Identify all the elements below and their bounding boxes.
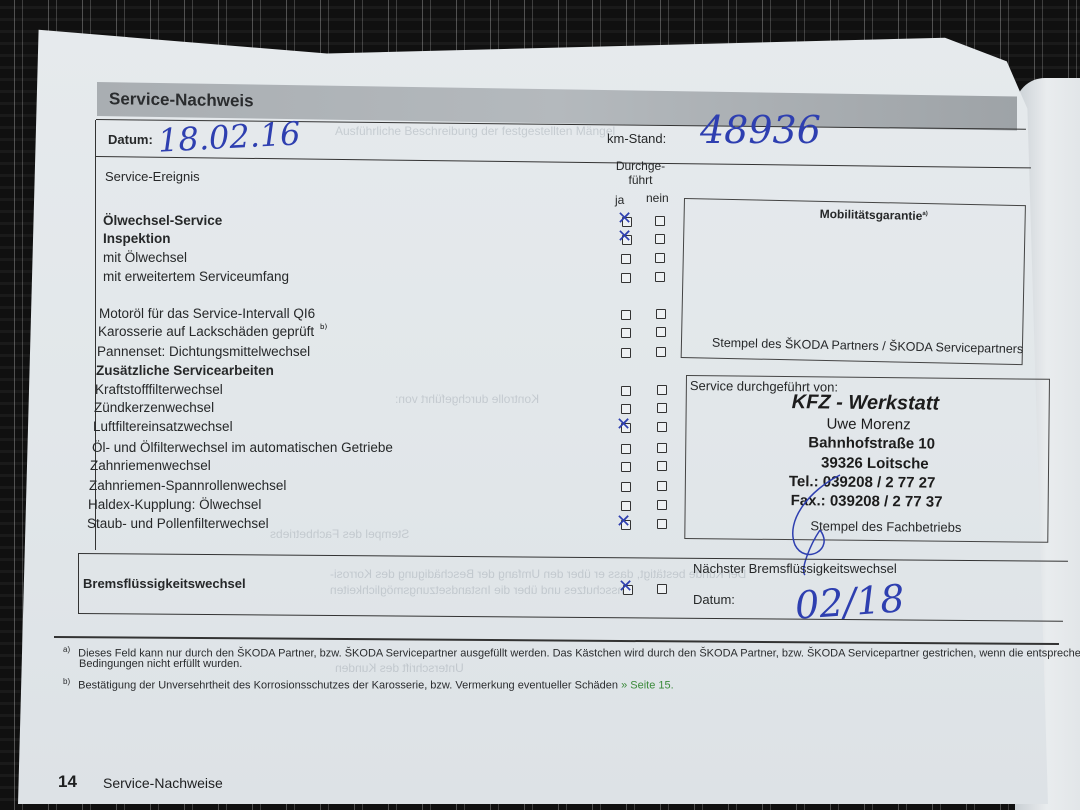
brake-fluid-yes-checkbox[interactable]	[623, 585, 633, 595]
date-label: Datum:	[108, 132, 153, 147]
km-label: km-Stand:	[607, 131, 666, 146]
no-checkbox[interactable]	[657, 422, 667, 432]
frame-left-border	[78, 553, 79, 613]
yes-checkbox[interactable]	[621, 482, 631, 492]
show-through-text: Der Kunde bestätigt, dass er über den Um…	[330, 567, 746, 581]
service-item-label: Zahnriemen-Spannrollenwechsel	[89, 478, 286, 493]
service-item-label: Zündkerzenwechsel	[94, 400, 214, 415]
no-checkbox[interactable]	[657, 403, 667, 413]
service-item-label: Haldex-Kupplung: Ölwechsel	[88, 497, 261, 512]
yes-checkbox[interactable]	[621, 423, 631, 433]
next-brake-fluid-label: Nächster Bremsflüssigkeitswechsel	[693, 561, 897, 576]
yes-checkbox[interactable]	[621, 520, 631, 530]
show-through-text: Stempel des Fachbetriebs	[270, 527, 409, 541]
page-reference-link[interactable]: » Seite 15.	[621, 680, 674, 692]
no-checkbox[interactable]	[656, 309, 666, 319]
no-checkbox[interactable]	[657, 481, 667, 491]
footnote-marker: b)	[63, 677, 70, 686]
yes-checkbox[interactable]	[621, 386, 631, 396]
yes-checkbox[interactable]	[621, 404, 631, 414]
mobility-title: Mobilitätsgarantiea)	[820, 207, 928, 223]
yes-checkbox[interactable]	[621, 462, 631, 472]
yes-checkbox[interactable]	[621, 273, 631, 283]
no-checkbox[interactable]	[655, 216, 665, 226]
yes-column-label: ja	[615, 193, 624, 207]
service-item-label: Motoröl für das Service-Intervall QI6	[99, 306, 315, 321]
brake-fluid-no-checkbox[interactable]	[657, 584, 667, 594]
yes-checkbox[interactable]	[621, 348, 631, 358]
show-through-text: Ausführliche Beschreibung der festgestel…	[335, 124, 615, 138]
service-item-label: mit erweitertem Serviceumfang	[103, 269, 289, 284]
no-checkbox[interactable]	[656, 327, 666, 337]
no-checkbox[interactable]	[655, 253, 665, 263]
section-heading: Zusätzliche Servicearbeiten	[96, 363, 274, 378]
performed-header-line1: Durchge-	[613, 159, 668, 173]
section-title: Service-Nachweis	[109, 89, 254, 111]
footnote-marker: a)	[63, 645, 70, 654]
yes-checkbox[interactable]	[622, 235, 632, 245]
mobility-title-text: Mobilitätsgarantie	[820, 207, 923, 223]
yes-checkbox[interactable]	[621, 310, 631, 320]
no-checkbox[interactable]	[657, 500, 667, 510]
service-date-field[interactable]: 18.02.16	[157, 114, 301, 159]
footnote-b-text: Bestätigung der Unversehrtheit des Korro…	[78, 680, 618, 692]
service-item-label: Zahnriemenwechsel	[90, 458, 211, 473]
footnote-ref: a)	[922, 211, 927, 217]
show-through-text: Unterschrift des Kunden	[335, 661, 464, 675]
service-item-label: Karosserie auf Lackschäden geprüft	[98, 324, 314, 339]
footnote-a-continued: Bedingungen nicht erfüllt wurden.	[79, 658, 242, 670]
stamp-line: Bahnhofstraße 10	[808, 434, 935, 452]
service-item-label: Ölwechsel-Service	[103, 213, 222, 228]
service-item-label: mit Ölwechsel	[103, 250, 187, 265]
yes-checkbox[interactable]	[621, 328, 631, 338]
no-checkbox[interactable]	[657, 385, 667, 395]
yes-checkbox[interactable]	[621, 501, 631, 511]
no-checkbox[interactable]	[657, 519, 667, 529]
yes-checkbox[interactable]	[621, 254, 631, 264]
footnote-b: b)Bestätigung der Unversehrtheit des Kor…	[63, 677, 674, 692]
performed-header: Durchge- führt	[613, 159, 668, 187]
no-checkbox[interactable]	[657, 461, 667, 471]
stamp-line: KFZ - Werkstatt	[792, 391, 940, 416]
mobility-stamp-caption: Stempel des ŠKODA Partners / ŠKODA Servi…	[712, 336, 1023, 357]
service-item-label: Öl- und Ölfilterwechsel im automatischen…	[92, 440, 393, 455]
event-header: Service-Ereignis	[105, 169, 200, 184]
service-item-label: Kraftstofffilterwechsel	[95, 382, 223, 397]
footnote-ref: b)	[320, 323, 327, 331]
brake-fluid-label: Bremsflüssigkeitswechsel	[83, 576, 246, 591]
no-checkbox[interactable]	[656, 347, 666, 357]
no-checkbox[interactable]	[655, 272, 665, 282]
service-item-label: Staub- und Pollenfilterwechsel	[87, 516, 269, 531]
no-checkbox[interactable]	[655, 234, 665, 244]
show-through-text: Kontrolle durchgeführt von:	[395, 392, 539, 406]
service-item-label: Luftfiltereinsatzwechsel	[93, 419, 233, 434]
stamp-line: Uwe Morenz	[826, 415, 910, 433]
service-item-label: Inspektion	[103, 231, 171, 246]
mobility-guarantee-box: Mobilitätsgarantiea) Stempel des ŠKODA P…	[681, 198, 1026, 365]
yes-checkbox[interactable]	[621, 444, 631, 454]
page-number: 14	[58, 772, 77, 792]
chapter-title: Service-Nachweise	[103, 775, 223, 791]
service-item-label: Pannenset: Dichtungsmittelwechsel	[97, 344, 310, 359]
no-checkbox[interactable]	[657, 443, 667, 453]
show-through-text: onsschutzes und über die Instandsetzungs…	[330, 583, 631, 597]
km-field[interactable]: 48936	[700, 108, 821, 152]
no-column-label: nein	[646, 191, 669, 205]
performed-header-line2: führt	[613, 173, 668, 187]
next-brake-date-label: Datum:	[693, 592, 735, 607]
